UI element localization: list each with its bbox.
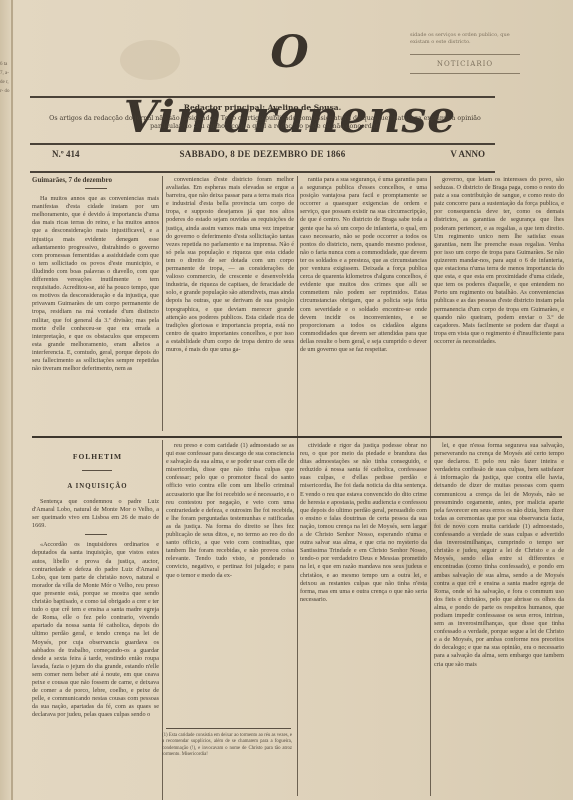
footnote: (1) Esta caridade consistia em deixar ao… [162,733,292,759]
folhetim-text: ctividade e rigor da justiça podesse obr… [300,442,427,604]
noticiario-box: NOTICIARIO [410,54,520,74]
dateline-top-rule [30,143,495,145]
separator-dash [82,470,112,471]
redactor-line: Redactor principal: Avelino de Sousa. [30,103,495,112]
column-divider [162,176,163,431]
newspaper-page: 6 ta 7, a- de r, r- do O Vimaranense sid… [0,0,573,800]
folhetim-rule [32,436,562,438]
editorial-disclaimer: Os artigos da redacção do jornal não são… [45,115,485,131]
folhetim-column-1: Sentença que condemnou o padre Luiz d'Am… [32,498,159,798]
masthead-side: sidade os serviços e orden publico, que … [410,32,520,87]
volume-year: V ANNO [450,149,485,159]
header-rule [30,96,495,98]
folhetim-intro: Sentença que condemnou o padre Luiz d'Am… [32,498,159,530]
previous-page-edge: 6 ta 7, a- de r, r- do [0,60,10,360]
separator-dash [85,534,107,535]
folhetim-text: lei, e que n'essa forma segurava sua sal… [434,442,564,669]
folhetim-text: reu preso e com caridade (1) admoestado … [166,442,294,580]
article-text: governo, que leiam os interesses do povo… [434,176,564,346]
folhetim-text: «Accordão os inquisidores ordinarios e d… [32,541,159,719]
masthead-title: O Vimaranense [120,20,460,85]
article-text: conveniencias d'este districto foram mel… [166,176,294,354]
dateline-bottom-rule [30,171,495,173]
dateline: N.º 414 SABBADO, 8 DE DEZEMBRO DE 1866 V… [30,147,495,163]
article-text: rantia para a sua segurança, é uma garan… [300,176,427,354]
column-divider [297,176,298,796]
article-column-1: Guimarães, 7 de dezembro Ha muitos annos… [32,176,159,426]
article-text: Ha muitos annos que as conveniencias mai… [32,195,159,373]
issue-date: SABBADO, 8 DE DEZEMBRO DE 1866 [30,149,495,159]
column-divider [430,176,431,796]
masthead-side-note: sidade os serviços e orden publico, que … [410,32,520,46]
article-column-3: rantia para a sua segurança, é uma garan… [300,176,427,430]
article-column-4: governo, que leiam os interesses do povo… [434,176,564,430]
footnote-rule [166,728,291,729]
article-dateline: Guimarães, 7 de dezembro [32,176,159,184]
folhetim-title: A INQUISIÇÃO [35,483,160,490]
folhetim-column-2: reu preso e com caridade (1) admoestado … [166,442,294,726]
separator-dash [85,188,107,189]
folhetim-heading: FOLHETIM [35,452,160,461]
article-column-2: conveniencias d'este districto foram mel… [166,176,294,430]
folhetim-column-3: ctividade e rigor da justiça podesse obr… [300,442,427,798]
page-fold [11,0,13,800]
folhetim-column-4: lei, e que n'essa forma segurava sua sal… [434,442,564,798]
